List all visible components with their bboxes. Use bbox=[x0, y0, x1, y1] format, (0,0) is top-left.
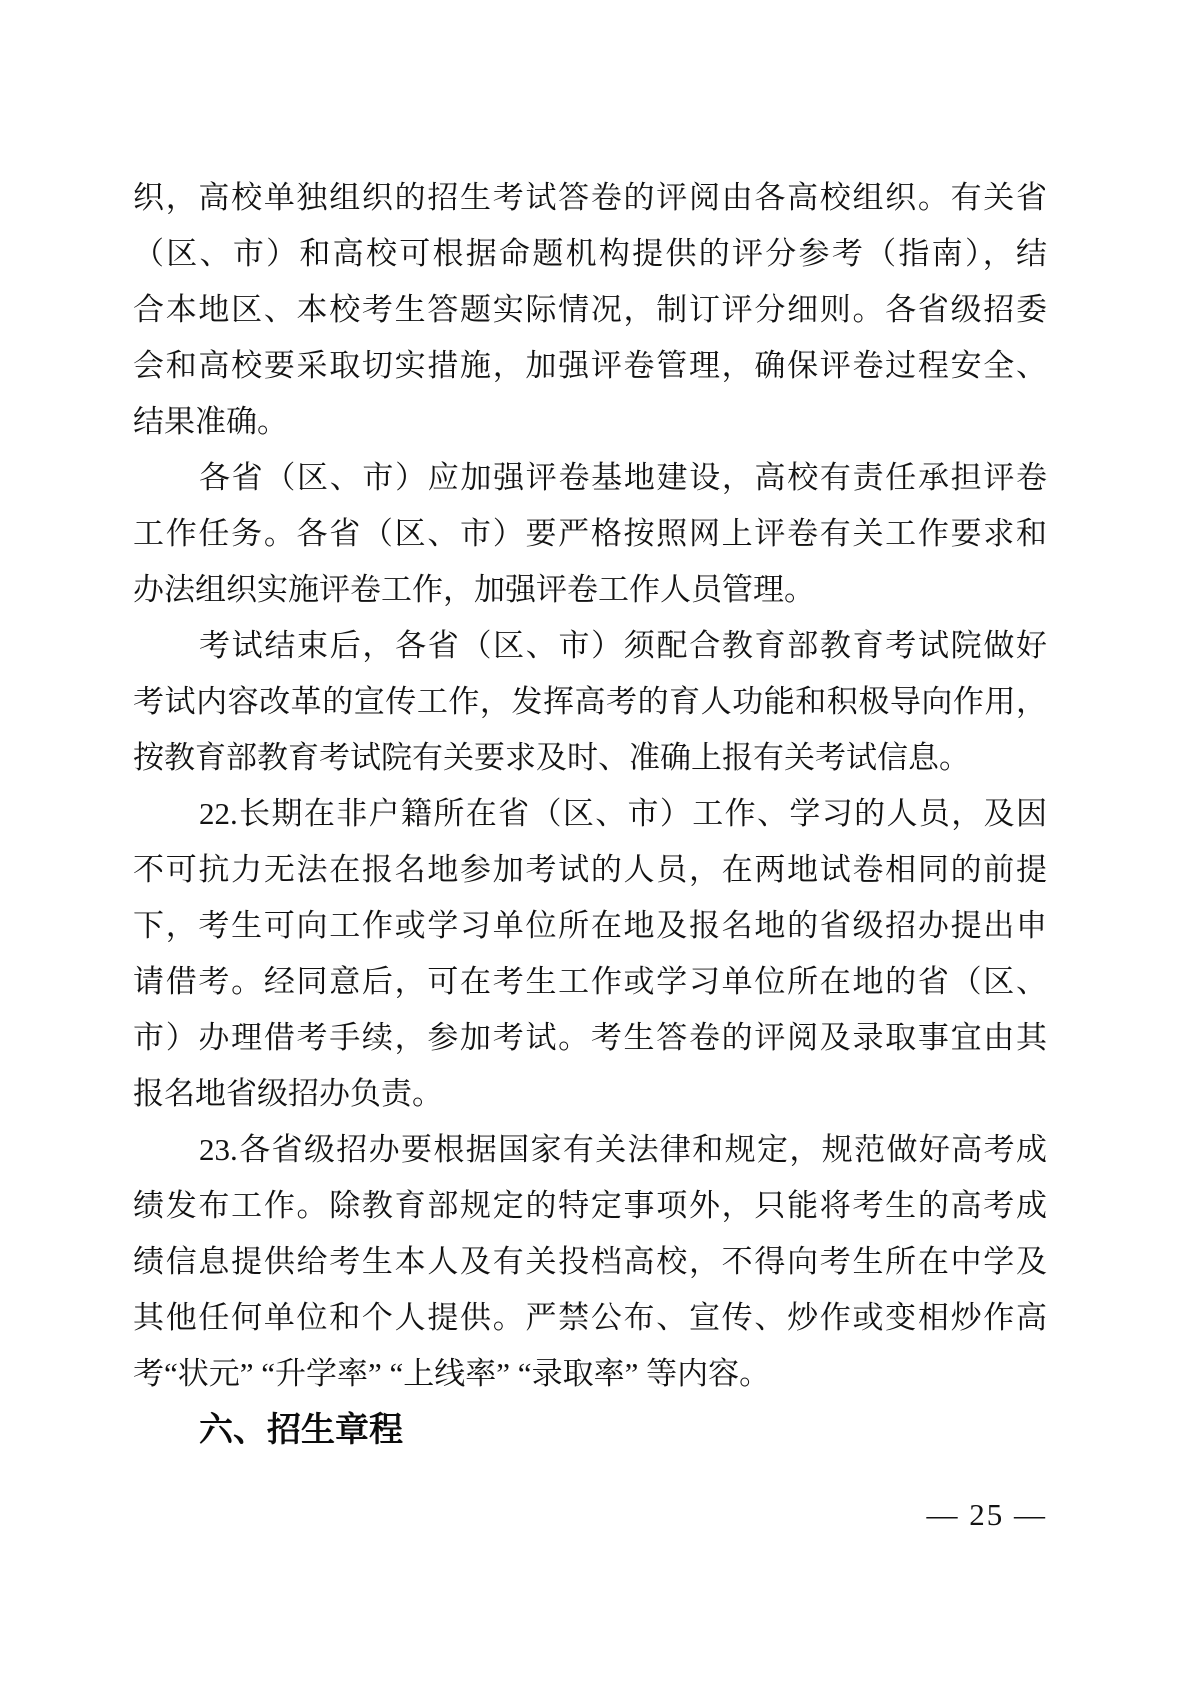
page-footer: — 25 — bbox=[927, 1497, 1048, 1533]
body-line: 按教育部教育考试院有关要求及时、准确上报有关考试信息。 bbox=[133, 730, 1047, 786]
body-line-item-22: 22.长期在非户籍所在省（区、市）工作、学习的人员，及因 bbox=[133, 786, 1047, 842]
body-line: 不可抗力无法在报名地参加考试的人员，在两地试卷相同的前提 bbox=[133, 842, 1047, 898]
body-line: 下，考生可向工作或学习单位所在地及报名地的省级招办提出申 bbox=[133, 898, 1047, 954]
document-page: 织，高校单独组织的招生考试答卷的评阅由各高校组织。有关省 （区、市）和高校可根据… bbox=[0, 0, 1191, 1684]
body-line: 工作任务。各省（区、市）要严格按照网上评卷有关工作要求和 bbox=[133, 506, 1047, 562]
body-line: 考试内容改革的宣传工作，发挥高考的育人功能和积极导向作用， bbox=[133, 674, 1047, 730]
body-line: （区、市）和高校可根据命题机构提供的评分参考（指南），结 bbox=[133, 226, 1047, 282]
body-line: 请借考。经同意后，可在考生工作或学习单位所在地的省（区、 bbox=[133, 954, 1047, 1010]
body-line: 织，高校单独组织的招生考试答卷的评阅由各高校组织。有关省 bbox=[133, 170, 1047, 226]
document-body: 织，高校单独组织的招生考试答卷的评阅由各高校组织。有关省 （区、市）和高校可根据… bbox=[133, 170, 1047, 1458]
body-line-item-23: 23.各省级招办要根据国家有关法律和规定，规范做好高考成 bbox=[133, 1122, 1047, 1178]
body-line: 其他任何单位和个人提供。严禁公布、宣传、炒作或变相炒作高 bbox=[133, 1290, 1047, 1346]
body-line: 会和高校要采取切实措施，加强评卷管理，确保评卷过程安全、 bbox=[133, 338, 1047, 394]
body-line: 考试结束后，各省（区、市）须配合教育部教育考试院做好 bbox=[133, 618, 1047, 674]
body-line: 各省（区、市）应加强评卷基地建设，高校有责任承担评卷 bbox=[133, 450, 1047, 506]
page-number: — 25 — bbox=[927, 1497, 1048, 1532]
body-line: 绩发布工作。除教育部规定的特定事项外，只能将考生的高考成 bbox=[133, 1178, 1047, 1234]
body-line: 市）办理借考手续，参加考试。考生答卷的评阅及录取事宜由其 bbox=[133, 1010, 1047, 1066]
body-line: 结果准确。 bbox=[133, 394, 1047, 450]
body-line: 绩信息提供给考生本人及有关投档高校，不得向考生所在中学及 bbox=[133, 1234, 1047, 1290]
body-line: 报名地省级招办负责。 bbox=[133, 1066, 1047, 1122]
section-heading: 六、招生章程 bbox=[133, 1402, 1047, 1458]
body-line: 办法组织实施评卷工作，加强评卷工作人员管理。 bbox=[133, 562, 1047, 618]
body-line: 合本地区、本校考生答题实际情况，制订评分细则。各省级招委 bbox=[133, 282, 1047, 338]
body-line: 考“状元” “升学率” “上线率” “录取率” 等内容。 bbox=[133, 1346, 1047, 1402]
